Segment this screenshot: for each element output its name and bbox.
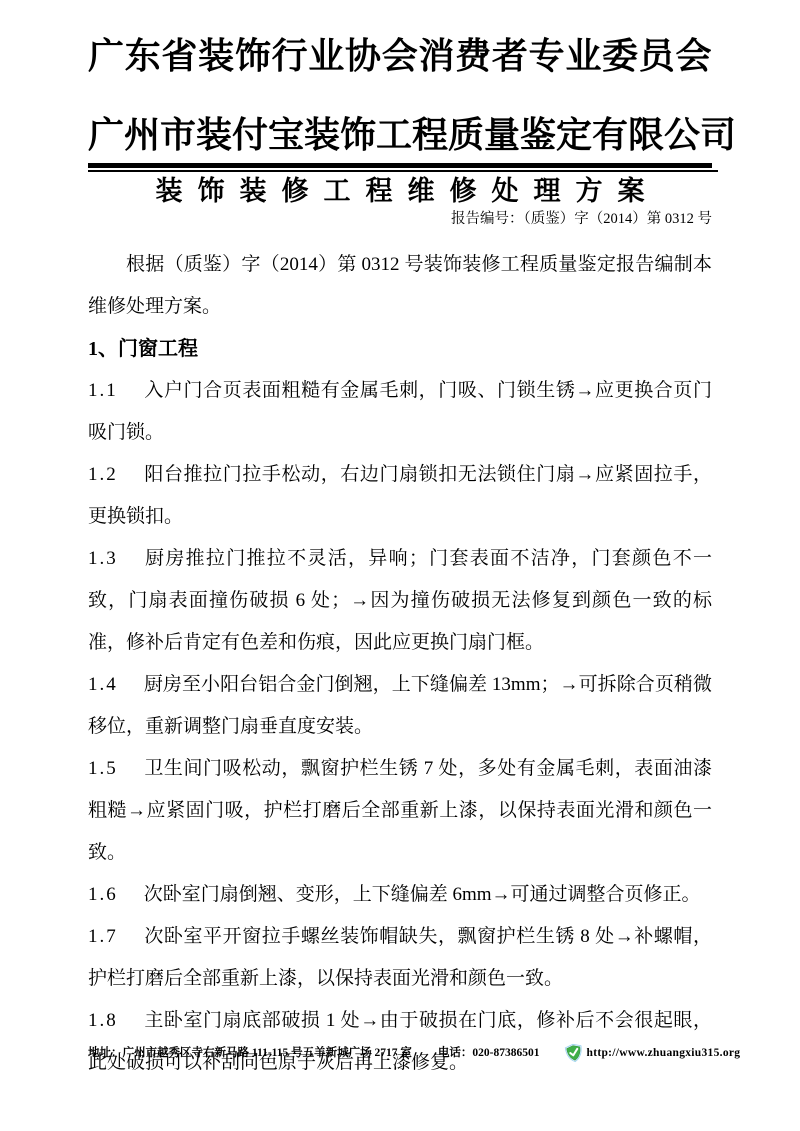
item-text: 卫生间门吸松动，飘窗护栏生锈 7 处，多处有金属毛刺，表面油漆粗糙→应紧固门吸，… [88, 758, 712, 863]
repair-item: 1.1入户门合页表面粗糙有金属毛刺，门吸、门锁生锈→应更换合页门吸门锁。 [88, 370, 712, 454]
footer: 地址：广州市越秀区寺右新马路 111-115 号五羊新城广场 2717 室 电话… [88, 1043, 712, 1063]
repair-item: 1.4厨房至小阳台铝合金门倒翘，上下缝偏差 13mm；→可拆除合页稍微移位，重新… [88, 664, 712, 748]
repair-item: 1.3厨房推拉门推拉不灵活，异响；门套表面不洁净，门套颜色不一致，门扇表面撞伤破… [88, 538, 712, 664]
item-text: 次卧室门扇倒翘、变形，上下缝偏差 6mm→可通过调整合页修正。 [144, 884, 701, 905]
document-content: 广东省装饰行业协会消费者专业委员会 广州市装付宝装饰工程质量鉴定有限公司 装饰装… [88, 0, 712, 1084]
document-title: 装饰装修工程维修处理方案 [88, 175, 727, 207]
report-number: 报告编号：（质鉴）字（2014）第 0312 号 [88, 208, 712, 230]
section-heading: 1、门窗工程 [88, 328, 712, 370]
repair-item: 1.6次卧室门扇倒翘、变形，上下缝偏差 6mm→可通过调整合页修正。 [88, 874, 712, 916]
item-number: 1.7 [88, 916, 118, 958]
item-number: 1.3 [88, 538, 118, 580]
repair-item: 1.7次卧室平开窗拉手螺丝装饰帽缺失，飘窗护栏生锈 8 处→补螺帽，护栏打磨后全… [88, 916, 712, 1000]
repair-item: 1.8主卧室门扇底部破损 1 处→由于破损在门底，修补后不会很起眼，此处破损可以… [88, 1000, 712, 1084]
item-number: 1.6 [88, 874, 118, 916]
rule-thin-line [88, 170, 718, 172]
item-text: 厨房至小阳台铝合金门倒翘，上下缝偏差 13mm；→可拆除合页稍微移位，重新调整门… [88, 674, 712, 737]
shield-check-icon [562, 1042, 585, 1065]
item-text: 次卧室平开窗拉手螺丝装饰帽缺失，飘窗护栏生锈 8 处→补螺帽，护栏打磨后全部重新… [88, 926, 712, 989]
item-number: 1.4 [88, 664, 118, 706]
address-text: 地址：广州市越秀区寺右新马路 111-115 号五羊新城广场 2717 室 [88, 1043, 412, 1063]
document-page: 广东省装饰行业协会消费者专业委员会 广州市装付宝装饰工程质量鉴定有限公司 装饰装… [0, 0, 800, 1131]
item-number: 1.5 [88, 748, 118, 790]
item-text: 阳台推拉门拉手松动，右边门扇锁扣无法锁住门扇→应紧固拉手，更换锁扣。 [88, 464, 712, 527]
item-text: 厨房推拉门推拉不灵活，异响；门套表面不洁净，门套颜色不一致，门扇表面撞伤破损 6… [88, 548, 712, 653]
letterhead-double-rule [88, 163, 712, 172]
item-text: 入户门合页表面粗糙有金属毛刺，门吸、门锁生锈→应更换合页门吸门锁。 [88, 380, 712, 443]
org-title-line-1: 广东省装饰行业协会消费者专业委员会 [88, 34, 712, 79]
org-title-line-2: 广州市装付宝装饰工程质量鉴定有限公司 [88, 113, 712, 158]
intro-paragraph: 根据（质鉴）字（2014）第 0312 号装饰装修工程质量鉴定报告编制本维修处理… [88, 244, 712, 328]
item-number: 1.1 [88, 370, 118, 412]
website-url: http://www.zhuangxiu315.org [587, 1043, 741, 1063]
phone-text: 电话：020-87386501 [438, 1043, 540, 1063]
item-number: 1.2 [88, 454, 118, 496]
repair-item: 1.5卫生间门吸松动，飘窗护栏生锈 7 处，多处有金属毛刺，表面油漆粗糙→应紧固… [88, 748, 712, 874]
item-text: 主卧室门扇底部破损 1 处→由于破损在门底，修补后不会很起眼，此处破损可以补刮同… [88, 1010, 712, 1073]
item-number: 1.8 [88, 1000, 118, 1042]
repair-item: 1.2阳台推拉门拉手松动，右边门扇锁扣无法锁住门扇→应紧固拉手，更换锁扣。 [88, 454, 712, 538]
